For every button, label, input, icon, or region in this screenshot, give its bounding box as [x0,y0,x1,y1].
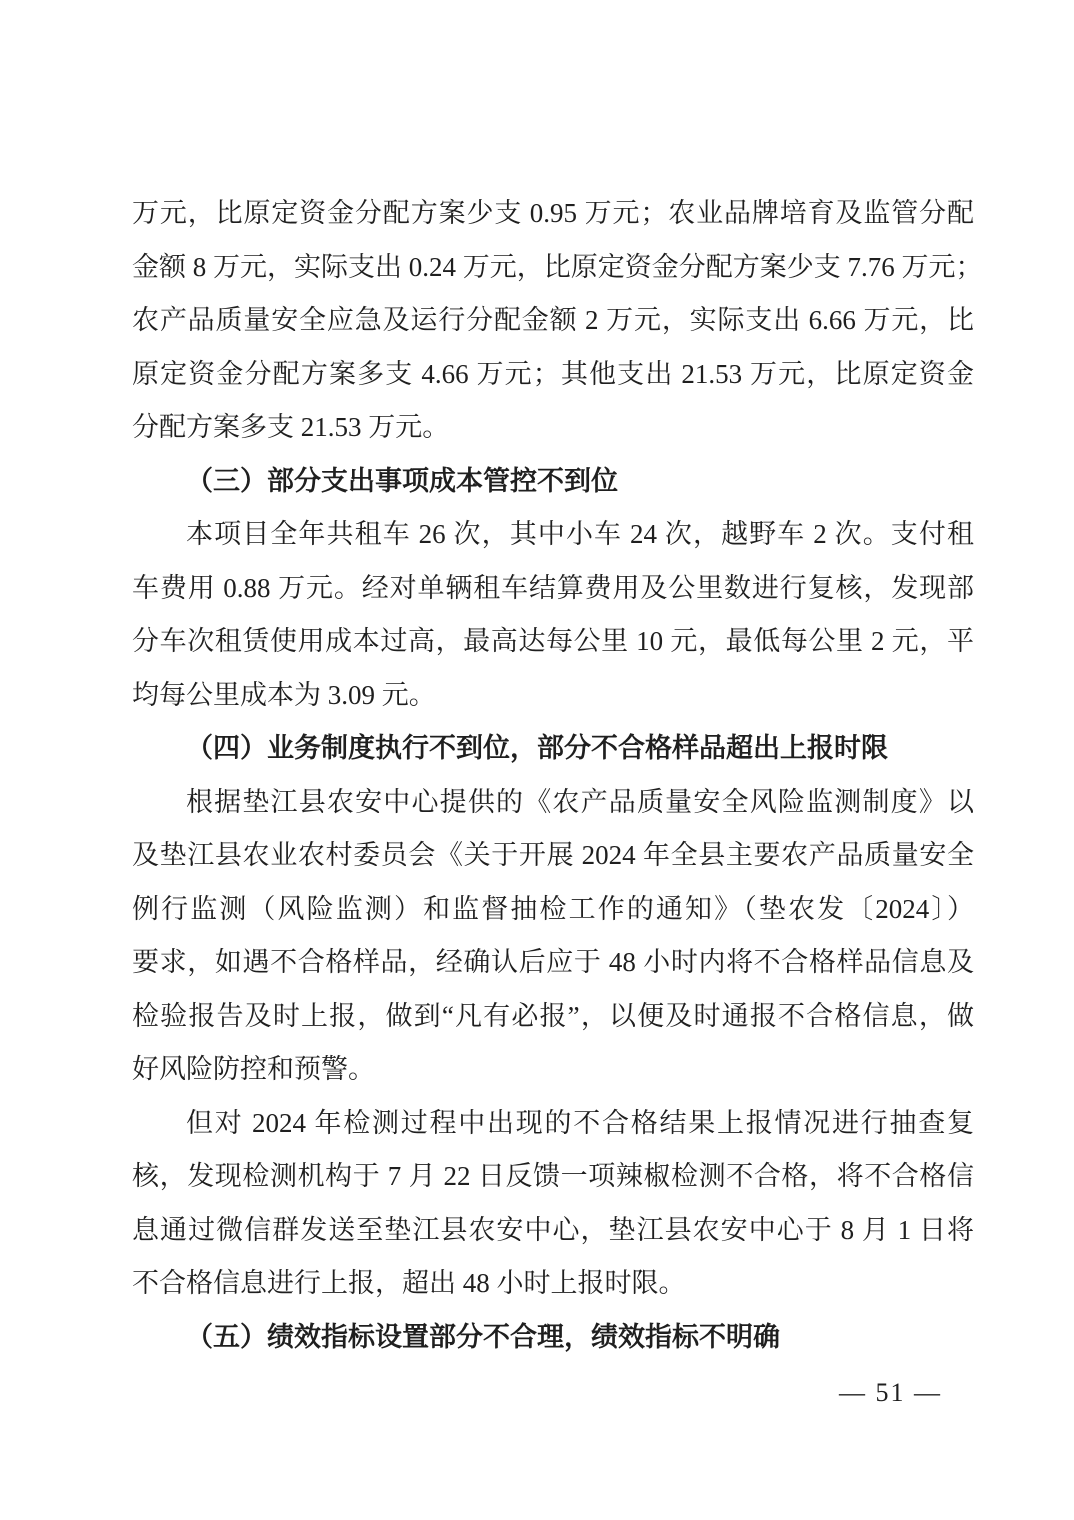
body-line: 及垫江县农业农村委员会《关于开展 2024 年全县主要农产品质量安全 [132,829,974,883]
section-heading: （四）业务制度执行不到位，部分不合格样品超出上报时限 [132,722,974,776]
body-line: 均每公里成本为 3.09 元。 [132,669,974,723]
body-line: 但对 2024 年检测过程中出现的不合格结果上报情况进行抽查复 [132,1097,974,1151]
page-number: — 51 — [839,1378,942,1408]
body-line: 本项目全年共租车 26 次，其中小车 24 次，越野车 2 次。支付租 [132,508,974,562]
body-line: 好风险防控和预警。 [132,1043,974,1097]
document-page: 万元，比原定资金分配方案少支 0.95 万元；农业品牌培育及监管分配 金额 8 … [0,0,1074,1520]
section-heading: （三）部分支出事项成本管控不到位 [132,455,974,509]
body-line: 车费用 0.88 万元。经对单辆租车结算费用及公里数进行复核，发现部 [132,562,974,616]
body-line: 息通过微信群发送至垫江县农安中心，垫江县农安中心于 8 月 1 日将 [132,1204,974,1258]
body-line: 原定资金分配方案多支 4.66 万元；其他支出 21.53 万元，比原定资金 [132,348,974,402]
body-line: 检验报告及时上报，做到“凡有必报”，以便及时通报不合格信息，做 [132,990,974,1044]
section-heading: （五）绩效指标设置部分不合理，绩效指标不明确 [132,1311,974,1365]
document-body: 万元，比原定资金分配方案少支 0.95 万元；农业品牌培育及监管分配 金额 8 … [132,187,974,1364]
body-line: 金额 8 万元，实际支出 0.24 万元，比原定资金分配方案少支 7.76 万元… [132,241,974,295]
body-line: 农产品质量安全应急及运行分配金额 2 万元，实际支出 6.66 万元，比 [132,294,974,348]
body-line: 分配方案多支 21.53 万元。 [132,401,974,455]
body-line: 不合格信息进行上报，超出 48 小时上报时限。 [132,1257,974,1311]
body-line: 万元，比原定资金分配方案少支 0.95 万元；农业品牌培育及监管分配 [132,187,974,241]
body-line: 根据垫江县农安中心提供的《农产品质量安全风险监测制度》以 [132,776,974,830]
body-line: 例行监测（风险监测）和监督抽检工作的通知》（垫农发〔2024〕） [132,883,974,937]
body-line: 核，发现检测机构于 7 月 22 日反馈一项辣椒检测不合格，将不合格信 [132,1150,974,1204]
body-line: 分车次租赁使用成本过高，最高达每公里 10 元，最低每公里 2 元，平 [132,615,974,669]
body-line: 要求，如遇不合格样品，经确认后应于 48 小时内将不合格样品信息及 [132,936,974,990]
